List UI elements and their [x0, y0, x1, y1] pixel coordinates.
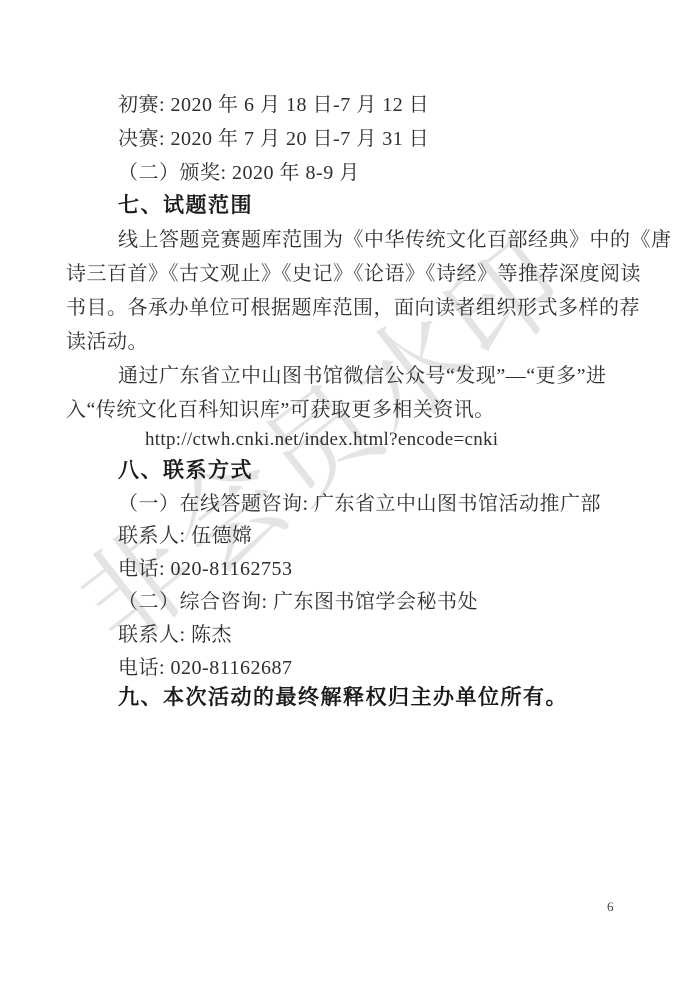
- heading-final-interpretation: 九、本次活动的最终解释权归主办单位所有。: [118, 684, 568, 711]
- knowledge-base-url-text: http://ctwh.cnki.net/index.html?encode=c…: [145, 426, 498, 453]
- heading-contact: 八、联系方式: [118, 457, 253, 484]
- line-contact-person-2: 联系人: 陈杰: [118, 622, 232, 649]
- line-award-date: （二）颁奖: 2020 年 8-9 月: [118, 160, 360, 187]
- access-paragraph-line: 通过广东省立中山图书馆微信公众号“发现”—“更多”进: [118, 363, 607, 390]
- line-online-consult: （一）在线答题咨询: 广东省立中山图书馆活动推广部: [118, 491, 601, 518]
- line-contact-person-1: 联系人: 伍德嫦: [118, 523, 253, 550]
- line-final-round-date: 决赛: 2020 年 7 月 20 日-7 月 31 日: [118, 126, 429, 153]
- line-preliminary-round-date: 初赛: 2020 年 6 月 18 日-7 月 12 日: [118, 92, 429, 119]
- access-paragraph-line: 入“传统文化百科知识库”可获取更多相关资讯。: [66, 397, 495, 424]
- scope-paragraph-line: 书目。各承办单位可根据题库范围，面向读者组织形式多样的荐: [66, 295, 640, 322]
- heading-question-scope: 七、试题范围: [118, 192, 253, 219]
- line-phone-2: 电话: 020-81162687: [118, 655, 292, 682]
- scope-paragraph-line: 读活动。: [66, 329, 148, 356]
- line-general-consult: （二）综合咨询: 广东图书馆学会秘书处: [118, 589, 478, 616]
- document-page: 非会员水印 初赛: 2020 年 6 月 18 日-7 月 12 日 决赛: 2…: [0, 0, 698, 987]
- scope-paragraph-line: 诗三百首》《古文观止》《史记》《论语》《诗经》等推荐深度阅读: [66, 261, 641, 288]
- scope-paragraph-line: 线上答题竞赛题库范围为《中华传统文化百部经典》中的《唐: [118, 227, 672, 254]
- page-number: 6: [607, 899, 614, 915]
- line-phone-1: 电话: 020-81162753: [118, 556, 292, 583]
